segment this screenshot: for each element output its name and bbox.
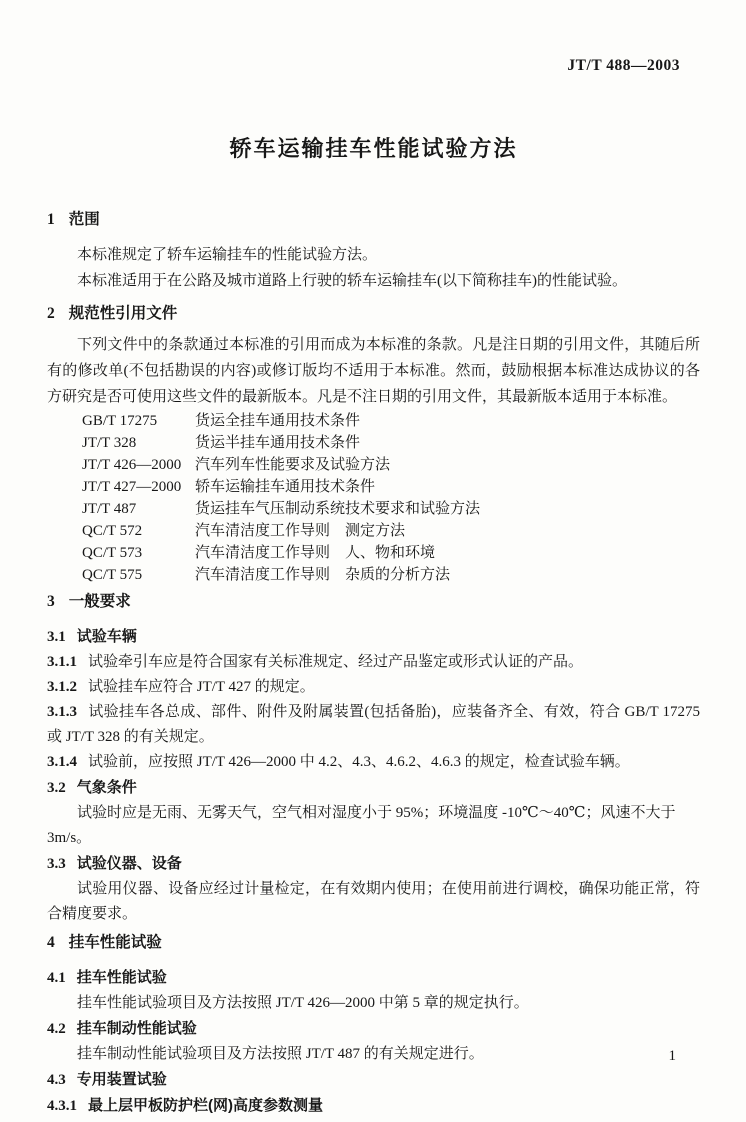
clause-text: 试验挂车各总成、部件、附件及附属装置(包括备胎)，应装备齐全、有效，符合 GB/… (47, 704, 700, 745)
reference-row: QC/T 575汽车清洁度工作导则 杂质的分析方法 (47, 564, 700, 586)
reference-title: 汽车清洁度工作导则 测定方法 (195, 523, 405, 539)
reference-code: QC/T 572 (82, 520, 195, 542)
paragraph: 本标准规定了轿车运输挂车的性能试验方法。 (47, 242, 700, 268)
clause-4-3: 4.3专用装置试验 (47, 1067, 700, 1093)
clause-title: 挂车制动性能试验 (77, 1020, 197, 1037)
reference-title: 汽车清洁度工作导则 人、物和环境 (195, 545, 435, 561)
section-number: 1 (47, 211, 55, 228)
clause-number: 3.3 (47, 856, 66, 872)
section-2-heading: 2规范性引用文件 (47, 304, 700, 324)
clause-number: 4.3.1 (47, 1098, 77, 1114)
clause-number: 3.1 (47, 629, 66, 645)
clause-title: 气象条件 (77, 779, 137, 796)
clause-4-1-text: 挂车性能试验项目及方法按照 JT/T 426—2000 中第 5 章的规定执行。 (47, 991, 700, 1016)
reference-title: 货运全挂车通用技术条件 (195, 413, 360, 429)
clause-title: 专用装置试验 (77, 1071, 167, 1088)
clause-4-3-1: 4.3.1最上层甲板防护栏(网)高度参数测量 (47, 1093, 700, 1119)
paragraph: 下列文件中的条款通过本标准的引用而成为本标准的条款。凡是注日期的引用文件，其随后… (47, 332, 700, 410)
section-title: 挂车性能试验 (69, 934, 162, 951)
document-page: JT/T 488—2003 轿车运输挂车性能试验方法 1范围 本标准规定了轿车运… (0, 0, 746, 1122)
section-title: 规范性引用文件 (69, 305, 178, 322)
clause-number: 4.3 (47, 1072, 66, 1088)
clause-3-2: 3.2气象条件 (47, 775, 700, 801)
reference-code: QC/T 575 (82, 564, 195, 586)
section-number: 4 (47, 934, 55, 951)
clause-number: 3.1.3 (47, 704, 77, 720)
section-number: 3 (47, 593, 55, 610)
clause-number: 4.1 (47, 970, 66, 986)
paragraph: 本标准适用于在公路及城市道路上行驶的轿车运输挂车(以下简称挂车)的性能试验。 (47, 268, 700, 294)
reference-code: JT/T 328 (82, 432, 195, 454)
document-title: 轿车运输挂车性能试验方法 (47, 134, 700, 164)
clause-number: 4.2 (47, 1021, 66, 1037)
section-title: 一般要求 (69, 593, 131, 610)
reference-row: JT/T 426—2000汽车列车性能要求及试验方法 (47, 454, 700, 476)
reference-code: GB/T 17275 (82, 410, 195, 432)
reference-row: QC/T 572汽车清洁度工作导则 测定方法 (47, 520, 700, 542)
clause-title: 最上层甲板防护栏(网)高度参数测量 (88, 1097, 323, 1114)
reference-title: 轿车运输挂车通用技术条件 (195, 479, 375, 495)
reference-title: 货运半挂车通用技术条件 (195, 435, 360, 451)
reference-code: JT/T 487 (82, 498, 195, 520)
section-title: 范围 (69, 211, 100, 228)
document-content: JT/T 488—2003 轿车运输挂车性能试验方法 1范围 本标准规定了轿车运… (0, 56, 746, 1119)
clause-4-2: 4.2挂车制动性能试验 (47, 1016, 700, 1042)
clause-4-2-text: 挂车制动性能试验项目及方法按照 JT/T 487 的有关规定进行。 (47, 1042, 700, 1067)
reference-code: QC/T 573 (82, 542, 195, 564)
clause-3-1-2: 3.1.2试验挂车应符合 JT/T 427 的规定。 (47, 675, 700, 700)
section-1-heading: 1范围 (47, 210, 700, 230)
reference-list: GB/T 17275货运全挂车通用技术条件 JT/T 328货运半挂车通用技术条… (47, 410, 700, 586)
clause-text: 试验前，应按照 JT/T 426—2000 中 4.2、4.3、4.6.2、4.… (88, 754, 630, 770)
reference-code: JT/T 426—2000 (82, 454, 195, 476)
reference-code: JT/T 427—2000 (82, 476, 195, 498)
clause-3-3: 3.3试验仪器、设备 (47, 851, 700, 877)
clause-text: 试验牵引车应是符合国家有关标准规定、经过产品鉴定或形式认证的产品。 (88, 654, 583, 670)
clause-3-1-1: 3.1.1试验牵引车应是符合国家有关标准规定、经过产品鉴定或形式认证的产品。 (47, 650, 700, 675)
standard-code: JT/T 488—2003 (47, 56, 700, 76)
clause-number: 3.1.4 (47, 754, 77, 770)
clause-title: 试验车辆 (77, 628, 137, 645)
reference-title: 汽车清洁度工作导则 杂质的分析方法 (195, 567, 450, 583)
reference-row: JT/T 487货运挂车气压制动系统技术要求和试验方法 (47, 498, 700, 520)
section-4-heading: 4挂车性能试验 (47, 933, 700, 953)
clause-title: 试验仪器、设备 (77, 855, 182, 872)
clause-3-2-text: 试验时应是无雨、无雾天气，空气相对湿度小于 95%；环境温度 -10℃～40℃；… (47, 801, 700, 851)
reference-title: 货运挂车气压制动系统技术要求和试验方法 (195, 501, 480, 517)
clause-text: 试验挂车应符合 JT/T 427 的规定。 (88, 679, 315, 695)
reference-row: GB/T 17275货运全挂车通用技术条件 (47, 410, 700, 432)
clause-3-1-4: 3.1.4试验前，应按照 JT/T 426—2000 中 4.2、4.3、4.6… (47, 750, 700, 775)
clause-number: 3.1.2 (47, 679, 77, 695)
section-number: 2 (47, 305, 55, 322)
clause-number: 3.1.1 (47, 654, 77, 670)
clause-number: 3.2 (47, 780, 66, 796)
reference-row: JT/T 328货运半挂车通用技术条件 (47, 432, 700, 454)
clause-3-3-text: 试验用仪器、设备应经过计量检定，在有效期内使用；在使用前进行调校，确保功能正常，… (47, 877, 700, 927)
clause-3-1-3: 3.1.3试验挂车各总成、部件、附件及附属装置(包括备胎)，应装备齐全、有效，符… (47, 700, 700, 750)
clause-4-1: 4.1挂车性能试验 (47, 965, 700, 991)
section-3-heading: 3一般要求 (47, 592, 700, 612)
page-number: 1 (669, 1046, 677, 1066)
clause-3-1: 3.1试验车辆 (47, 624, 700, 650)
reference-title: 汽车列车性能要求及试验方法 (195, 457, 390, 473)
reference-row: JT/T 427—2000轿车运输挂车通用技术条件 (47, 476, 700, 498)
clause-title: 挂车性能试验 (77, 969, 167, 986)
reference-row: QC/T 573汽车清洁度工作导则 人、物和环境 (47, 542, 700, 564)
